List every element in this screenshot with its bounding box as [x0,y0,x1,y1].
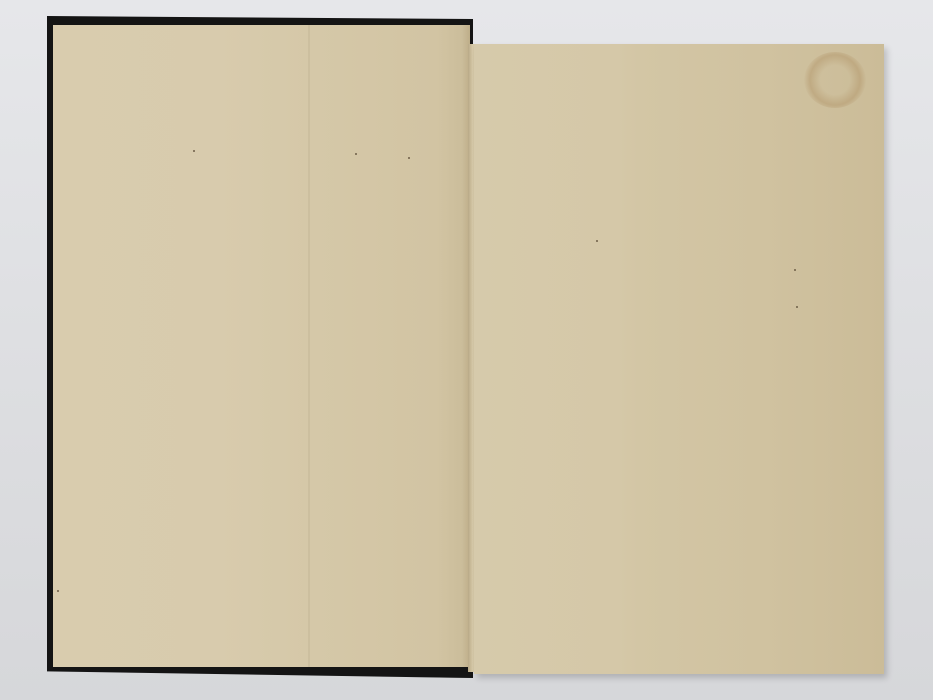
paper-speck [355,153,357,155]
paper-speck [596,240,598,242]
paper-speck [796,306,798,308]
photo-scene [0,0,933,700]
paper-speck [193,150,195,152]
paper-speck [794,269,796,271]
paper-fold-line [308,25,310,667]
left-endpaper [53,25,470,667]
paper-speck [57,590,59,592]
foxing-stain [804,52,866,108]
right-endpaper [474,44,884,674]
paper-speck [408,157,410,159]
